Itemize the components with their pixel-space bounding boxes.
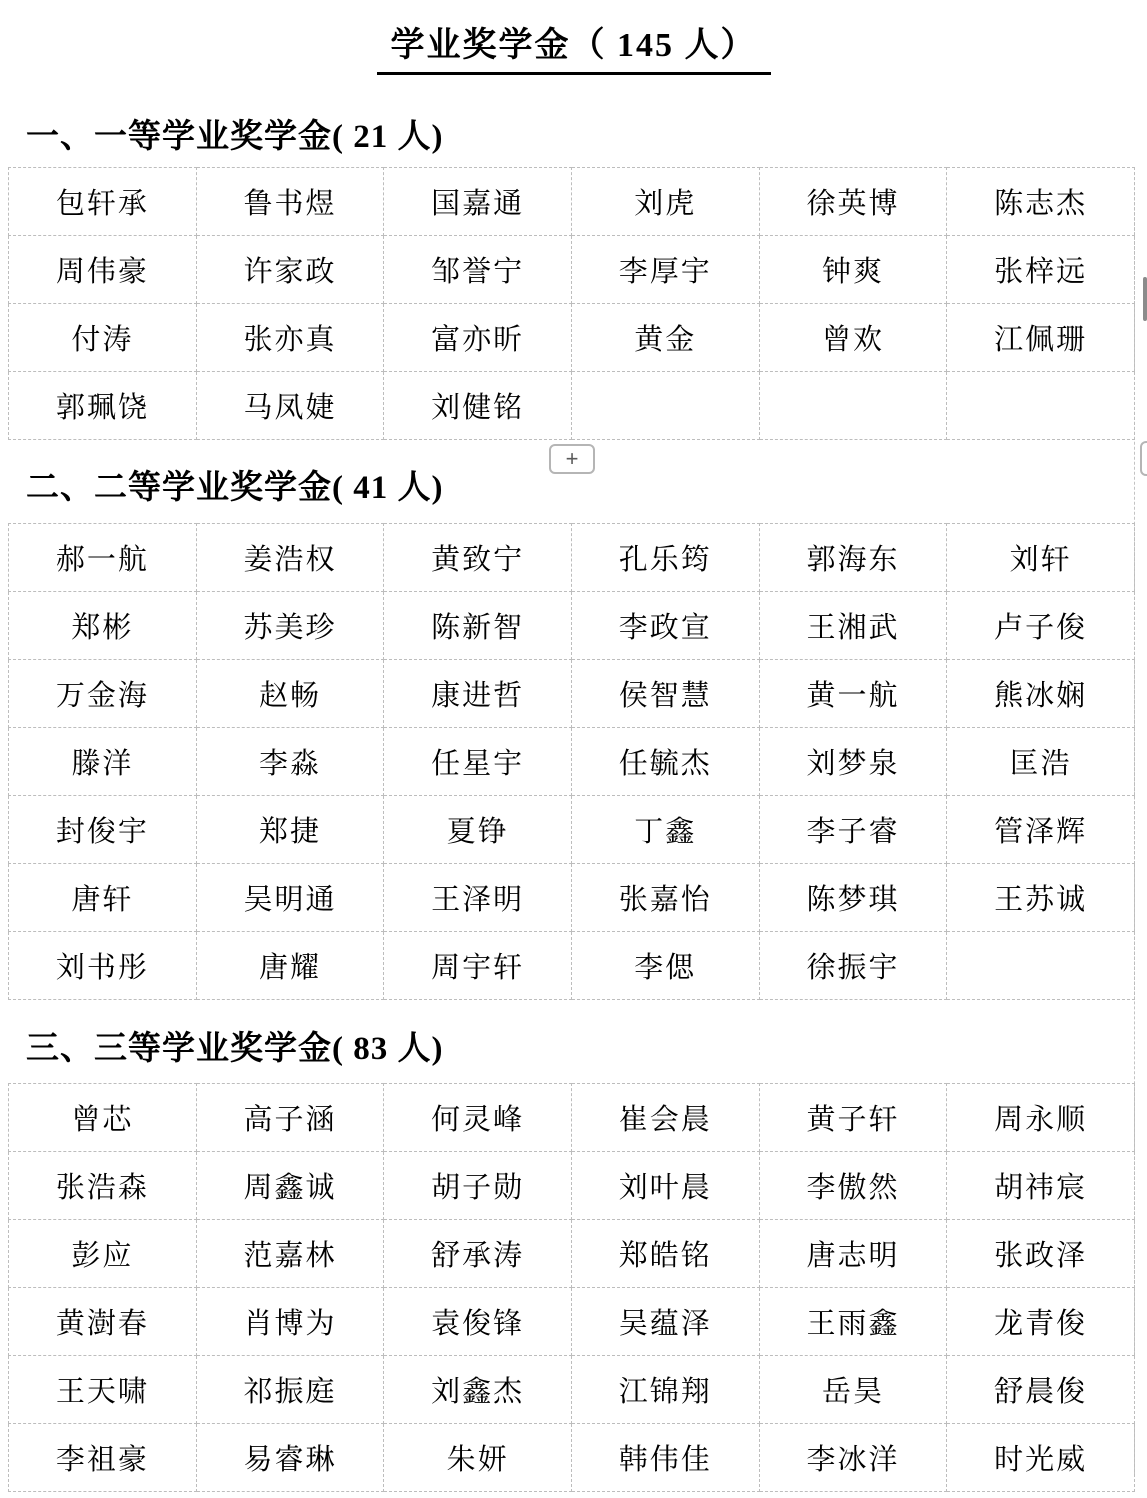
name-cell: 时光威 [947,1424,1135,1492]
name-cell: 肖博为 [196,1288,384,1356]
name-cell: 黄金 [571,304,759,372]
name-cell: 刘书彤 [9,932,197,1000]
name-cell: 张政泽 [947,1220,1135,1288]
name-cell: 袁俊锋 [384,1288,572,1356]
name-cell: 陈志杰 [947,168,1135,236]
name-cell: 何灵峰 [384,1084,572,1152]
name-cell: 刘轩 [947,524,1135,592]
name-cell: 崔会晨 [571,1084,759,1152]
name-cell: 龙青俊 [947,1288,1135,1356]
name-cell: 马凤婕 [196,372,384,440]
table-row: 万金海赵畅康进哲侯智慧黄一航熊冰娴 [9,660,1135,728]
name-cell: 匡浩 [947,728,1135,796]
name-cell: 舒承涛 [384,1220,572,1288]
scrollbar-thumb[interactable] [1143,277,1147,321]
table-row: 彭应范嘉林舒承涛郑皓铭唐志明张政泽 [9,1220,1135,1288]
name-cell: 张亦真 [196,304,384,372]
name-cell: 唐轩 [9,864,197,932]
name-cell: 任星宇 [384,728,572,796]
name-cell: 黄一航 [759,660,947,728]
document-page: 学业奖学金（ 145 人） 一、一等学业奖学金( 21 人) 包轩承鲁书煜国嘉通… [0,0,1147,1498]
name-cell: 曾欢 [759,304,947,372]
name-cell: 周鑫诚 [196,1152,384,1220]
name-cell: 王泽明 [384,864,572,932]
name-cell: 苏美珍 [196,592,384,660]
name-cell: 江锦翔 [571,1356,759,1424]
name-cell: 李祖豪 [9,1424,197,1492]
name-cell: 孔乐筠 [571,524,759,592]
table-row: 滕洋李淼任星宇任毓杰刘梦泉匡浩 [9,728,1135,796]
name-cell: 黄澍春 [9,1288,197,1356]
name-cell: 张嘉怡 [571,864,759,932]
table-row: 曾芯高子涵何灵峰崔会晨黄子轩周永顺 [9,1084,1135,1152]
name-cell: 徐英博 [759,168,947,236]
empty-cell [947,932,1135,1000]
name-cell: 郑捷 [196,796,384,864]
name-cell: 王湘武 [759,592,947,660]
name-cell: 李傲然 [759,1152,947,1220]
name-cell: 赵畅 [196,660,384,728]
name-cell: 郝一航 [9,524,197,592]
name-cell: 舒晨俊 [947,1356,1135,1424]
table-row: 黄澍春肖博为袁俊锋吴蕴泽王雨鑫龙青俊 [9,1288,1135,1356]
clipped-edge-button[interactable] [1140,441,1147,476]
name-cell: 周宇轩 [384,932,572,1000]
name-cell: 王雨鑫 [759,1288,947,1356]
section-heading-first-class: 一、一等学业奖学金( 21 人) [26,115,1147,159]
table-row: 张浩森周鑫诚胡子勋刘叶晨李傲然胡祎宸 [9,1152,1135,1220]
table-row: 李祖豪易睿琳朱妍韩伟佳李冰洋时光威 [9,1424,1135,1492]
name-cell: 王苏诚 [947,864,1135,932]
name-cell: 刘鑫杰 [384,1356,572,1424]
name-cell: 刘健铭 [384,372,572,440]
name-cell: 吴明通 [196,864,384,932]
name-cell: 侯智慧 [571,660,759,728]
name-cell: 李偲 [571,932,759,1000]
name-cell: 钟爽 [759,236,947,304]
name-cell: 郑彬 [9,592,197,660]
empty-cell [571,372,759,440]
name-cell: 易睿琳 [196,1424,384,1492]
name-cell: 郭珮饶 [9,372,197,440]
table-row: 唐轩吴明通王泽明张嘉怡陈梦琪王苏诚 [9,864,1135,932]
name-cell: 周伟豪 [9,236,197,304]
name-cell: 卢子俊 [947,592,1135,660]
page-title: 学业奖学金（ 145 人） [377,26,771,75]
name-cell: 张浩森 [9,1152,197,1220]
name-cell: 徐振宇 [759,932,947,1000]
name-cell: 丁鑫 [571,796,759,864]
name-cell: 范嘉林 [196,1220,384,1288]
name-cell: 黄子轩 [759,1084,947,1152]
table-row: 付涛张亦真富亦昕黄金曾欢江佩珊 [9,304,1135,372]
name-cell: 黄致宁 [384,524,572,592]
empty-cell [759,372,947,440]
name-cell: 鲁书煜 [196,168,384,236]
name-cell: 熊冰娴 [947,660,1135,728]
third-class-table: 曾芯高子涵何灵峰崔会晨黄子轩周永顺张浩森周鑫诚胡子勋刘叶晨李傲然胡祎宸彭应范嘉林… [8,1083,1135,1492]
name-cell: 滕洋 [9,728,197,796]
table-row: 刘书彤唐耀周宇轩李偲徐振宇 [9,932,1135,1000]
name-cell: 岳昊 [759,1356,947,1424]
name-cell: 李子睿 [759,796,947,864]
name-cell: 江佩珊 [947,304,1135,372]
name-cell: 康进哲 [384,660,572,728]
name-cell: 刘梦泉 [759,728,947,796]
table-row: 包轩承鲁书煜国嘉通刘虎徐英博陈志杰 [9,168,1135,236]
name-cell: 郑皓铭 [571,1220,759,1288]
name-cell: 胡祎宸 [947,1152,1135,1220]
name-cell: 王天啸 [9,1356,197,1424]
second-class-table: 郝一航姜浩权黄致宁孔乐筠郭海东刘轩郑彬苏美珍陈新智李政宣王湘武卢子俊万金海赵畅康… [8,523,1135,1000]
name-cell: 祁振庭 [196,1356,384,1424]
empty-cell [947,372,1135,440]
table-row: 郭珮饶马凤婕刘健铭 [9,372,1135,440]
name-cell: 周永顺 [947,1084,1135,1152]
plus-icon: + [566,448,579,470]
name-cell: 朱妍 [384,1424,572,1492]
name-cell: 彭应 [9,1220,197,1288]
name-cell: 包轩承 [9,168,197,236]
name-cell: 陈梦琪 [759,864,947,932]
name-cell: 胡子勋 [384,1152,572,1220]
name-cell: 富亦昕 [384,304,572,372]
table-row: 王天啸祁振庭刘鑫杰江锦翔岳昊舒晨俊 [9,1356,1135,1424]
table-row: 封俊宇郑捷夏铮丁鑫李子睿管泽辉 [9,796,1135,864]
name-cell: 任毓杰 [571,728,759,796]
table-row: 郝一航姜浩权黄致宁孔乐筠郭海东刘轩 [9,524,1135,592]
name-cell: 高子涵 [196,1084,384,1152]
name-cell: 邹誉宁 [384,236,572,304]
name-cell: 唐耀 [196,932,384,1000]
name-cell: 陈新智 [384,592,572,660]
name-cell: 唐志明 [759,1220,947,1288]
name-cell: 曾芯 [9,1084,197,1152]
name-cell: 许家政 [196,236,384,304]
name-cell: 万金海 [9,660,197,728]
name-cell: 管泽辉 [947,796,1135,864]
name-cell: 国嘉通 [384,168,572,236]
name-cell: 李政宣 [571,592,759,660]
name-cell: 韩伟佳 [571,1424,759,1492]
name-cell: 张梓远 [947,236,1135,304]
section-heading-third-class: 三、三等学业奖学金( 83 人) [26,1027,1147,1071]
first-class-table: 包轩承鲁书煜国嘉通刘虎徐英博陈志杰周伟豪许家政邹誉宁李厚宇钟爽张梓远付涛张亦真富… [8,167,1135,440]
table-row: 郑彬苏美珍陈新智李政宣王湘武卢子俊 [9,592,1135,660]
name-cell: 刘虎 [571,168,759,236]
name-cell: 李冰洋 [759,1424,947,1492]
name-cell: 夏铮 [384,796,572,864]
name-cell: 吴蕴泽 [571,1288,759,1356]
name-cell: 付涛 [9,304,197,372]
name-cell: 封俊宇 [9,796,197,864]
title-row: 学业奖学金（ 145 人） [0,26,1147,75]
add-row-button[interactable]: + [549,444,595,474]
name-cell: 李淼 [196,728,384,796]
name-cell: 李厚宇 [571,236,759,304]
name-cell: 郭海东 [759,524,947,592]
name-cell: 姜浩权 [196,524,384,592]
table-row: 周伟豪许家政邹誉宁李厚宇钟爽张梓远 [9,236,1135,304]
name-cell: 刘叶晨 [571,1152,759,1220]
